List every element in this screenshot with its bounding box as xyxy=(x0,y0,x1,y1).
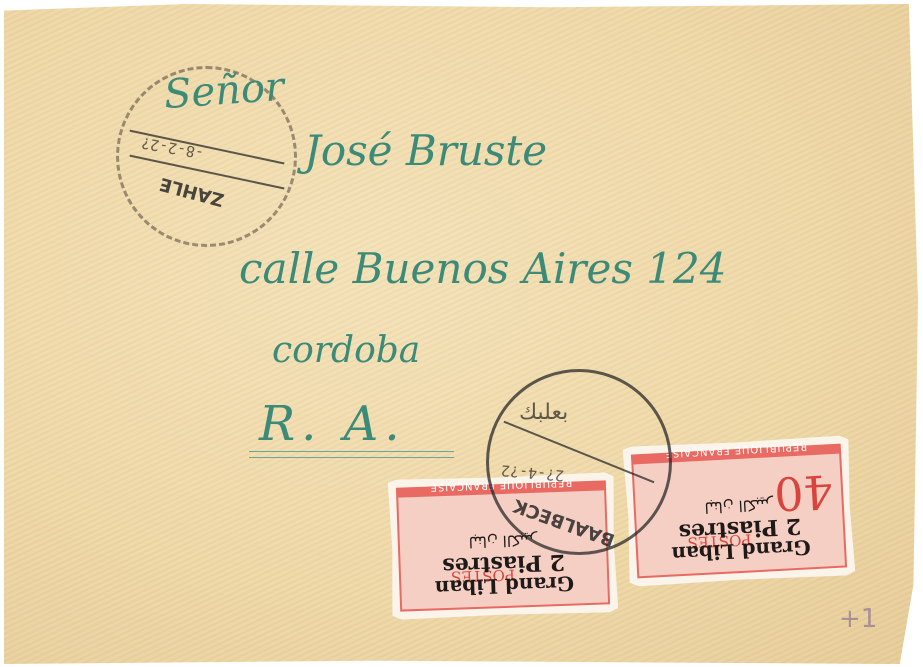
arrival-postmark: بعلبك 2?-4-?2 BAALBECK xyxy=(486,369,672,555)
arrival-postmark-date: 2?-4-?2 xyxy=(500,461,565,484)
arrival-postmark-script: بعلبك xyxy=(519,400,568,425)
country-underline xyxy=(249,451,454,458)
pencil-mark: +1 xyxy=(839,604,877,634)
address-salutation: Señor xyxy=(163,64,286,118)
envelope: -8-2-2? ZAHLE Señor José Bruste calle Bu… xyxy=(4,4,918,664)
address-city: cordoba xyxy=(272,330,420,371)
address-street: calle Buenos Aires 124 xyxy=(239,244,726,293)
address-country: R. A. xyxy=(259,396,406,452)
departure-postmark-town: ZAHLE xyxy=(157,173,226,210)
address-name: José Bruste xyxy=(304,126,547,175)
